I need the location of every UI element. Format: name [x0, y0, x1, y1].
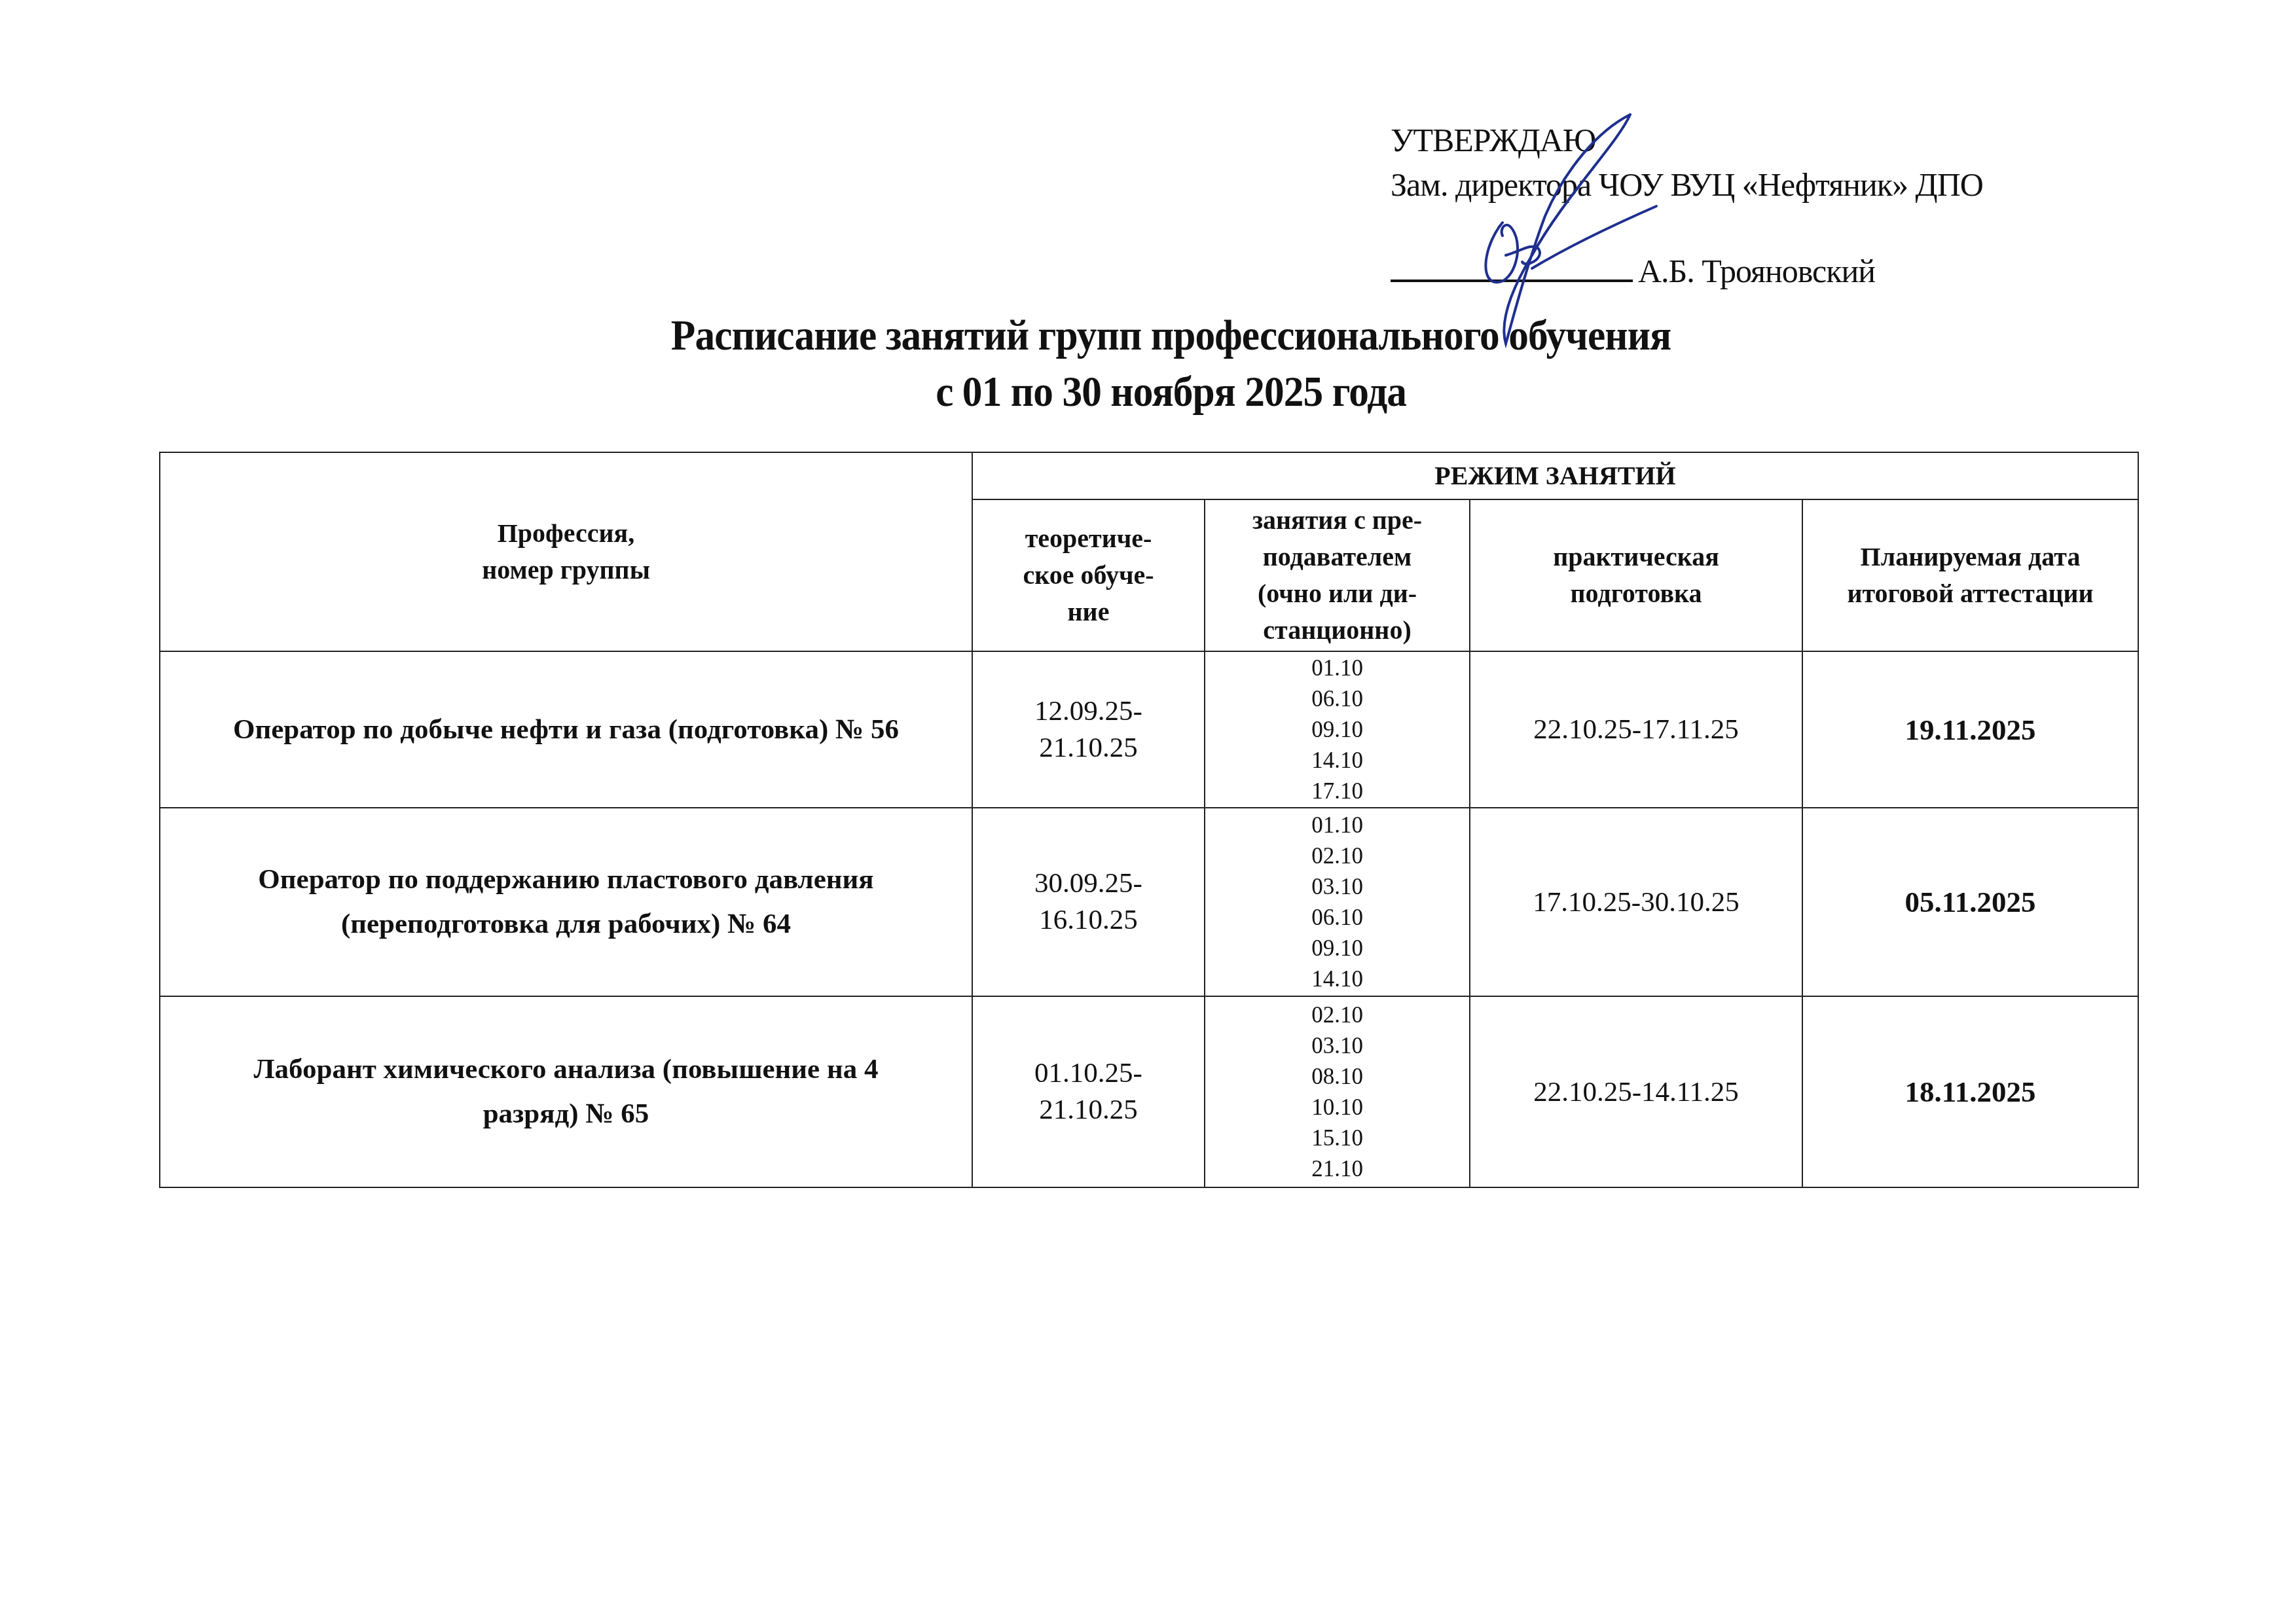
teacher-dates-cell: 02.1003.1008.1010.1015.1021.10: [1205, 996, 1470, 1187]
teacher-date: 10.10: [1209, 1092, 1465, 1123]
table-row: Оператор по поддержанию пластового давле…: [160, 808, 2138, 996]
attestation-cell: 18.11.2025: [1802, 996, 2138, 1187]
teacher-date: 01.10: [1209, 810, 1465, 840]
teacher-date: 02.10: [1209, 840, 1465, 871]
header-practice: практическаяподготовка: [1470, 499, 1802, 651]
practice-cell: 22.10.25-14.11.25: [1470, 996, 1802, 1187]
table-row: Оператор по добыче нефти и газа (подгото…: [160, 651, 2138, 808]
teacher-date: 15.10: [1209, 1123, 1465, 1153]
signature-underline: [1391, 253, 1633, 282]
teacher-date: 06.10: [1209, 902, 1465, 933]
header-attestation: Планируемая датаитоговой аттестации: [1802, 499, 2138, 651]
attestation-cell: 05.11.2025: [1802, 808, 2138, 996]
profession-cell: Лаборант химического анализа (повышение …: [160, 996, 972, 1187]
teacher-date: 21.10: [1209, 1153, 1465, 1184]
teacher-date: 09.10: [1209, 714, 1465, 745]
attestation-cell: 19.11.2025: [1802, 651, 2138, 808]
header-teacher: занятия с пре-подавателем(очно или ди-ст…: [1205, 499, 1470, 651]
teacher-date: 09.10: [1209, 933, 1465, 964]
teacher-date: 06.10: [1209, 683, 1465, 714]
document-title: Расписание занятий групп профессионально…: [82, 308, 2217, 420]
theory-cell: 12.09.25-21.10.25: [972, 651, 1205, 808]
title-line-1: Расписание занятий групп профессионально…: [124, 308, 2217, 364]
theory-cell: 01.10.25-21.10.25: [972, 996, 1205, 1187]
practice-cell: 22.10.25-17.11.25: [1470, 651, 1802, 808]
teacher-date: 01.10: [1209, 653, 1465, 683]
teacher-date: 02.10: [1209, 1000, 1465, 1030]
header-profession: Профессия,номер группы: [160, 452, 972, 651]
table-row: Лаборант химического анализа (повышение …: [160, 996, 2138, 1187]
title-line-2: с 01 по 30 ноября 2025 года: [124, 364, 2217, 420]
practice-cell: 17.10.25-30.10.25: [1470, 808, 1802, 996]
theory-cell: 30.09.25-16.10.25: [972, 808, 1205, 996]
teacher-date: 14.10: [1209, 745, 1465, 776]
approval-title: УТВЕРЖДАЮ: [1391, 118, 1983, 162]
approval-signer: А.Б. Трояновский: [1638, 253, 1875, 289]
teacher-date: 03.10: [1209, 1030, 1465, 1061]
approval-block: УТВЕРЖДАЮ Зам. директора ЧОУ ВУЦ «Нефтян…: [1391, 118, 1983, 293]
schedule-table: Профессия,номер группы РЕЖИМ ЗАНЯТИЙ тео…: [159, 452, 2139, 1188]
teacher-date: 08.10: [1209, 1061, 1465, 1092]
header-theory: теоретиче-ское обуче-ние: [972, 499, 1205, 651]
profession-cell: Оператор по добыче нефти и газа (подгото…: [160, 651, 972, 808]
teacher-dates-cell: 01.1006.1009.1014.1017.10: [1205, 651, 1470, 808]
teacher-date: 14.10: [1209, 964, 1465, 994]
teacher-dates-cell: 01.1002.1003.1006.1009.1014.10: [1205, 808, 1470, 996]
approval-position: Зам. директора ЧОУ ВУЦ «Нефтяник» ДПО: [1391, 162, 1983, 207]
approval-signature-line: А.Б. Трояновский: [1391, 249, 1983, 293]
teacher-date: 03.10: [1209, 871, 1465, 902]
profession-cell: Оператор по поддержанию пластового давле…: [160, 808, 972, 996]
header-mode: РЕЖИМ ЗАНЯТИЙ: [972, 452, 2138, 499]
teacher-date: 17.10: [1209, 776, 1465, 806]
